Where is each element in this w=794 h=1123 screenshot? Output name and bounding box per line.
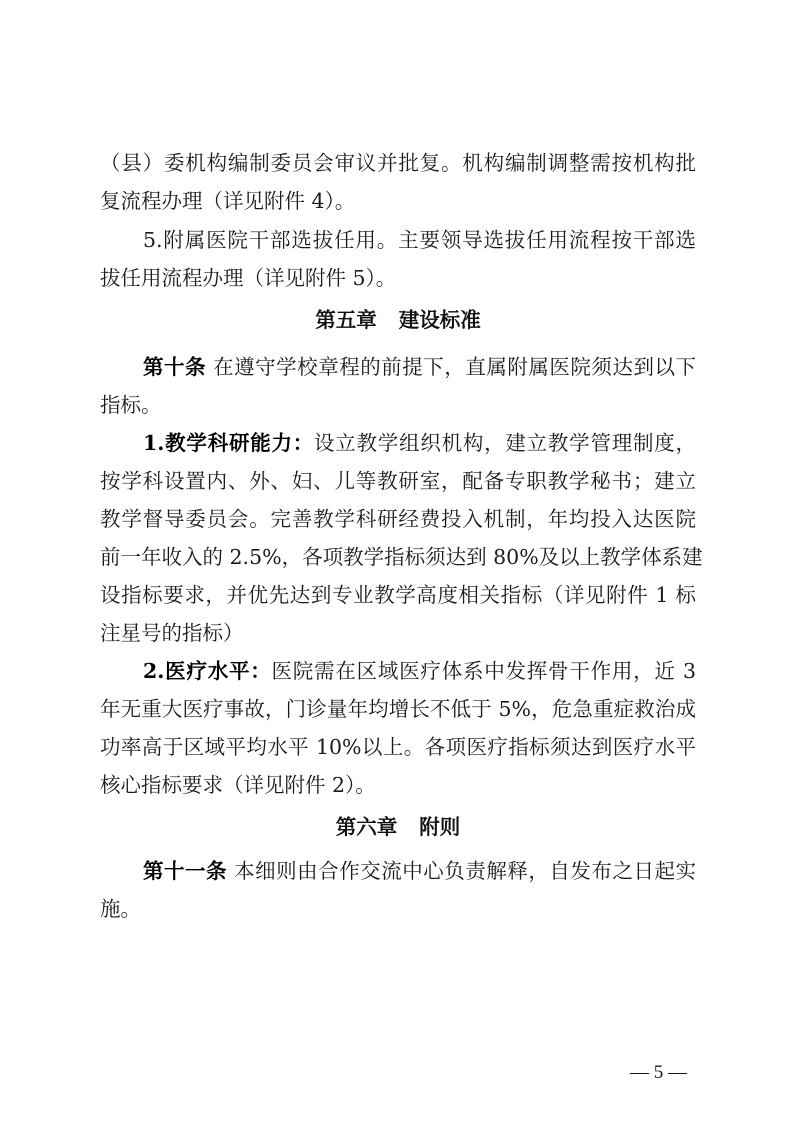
item-label: 2.医疗水平： bbox=[143, 659, 272, 683]
paragraph-line: 前一年收入的 2.5%，各项教学指标须达到 80%及以上教学体系建 bbox=[100, 538, 696, 576]
item-2-line: 2.医疗水平：医院需在区域医疗体系中发挥骨干作用，近 3 bbox=[143, 652, 696, 690]
article-11-line: 第十一条 本细则由合作交流中心负责解释，自发布之日起实 bbox=[143, 852, 696, 890]
chapter-6-heading: 第六章附则 bbox=[100, 808, 696, 846]
item-1-line: 1.教学科研能力：设立教学组织机构，建立教学管理制度， bbox=[143, 424, 696, 462]
paragraph-line: 教学督导委员会。完善教学科研经费投入机制，年均投入达医院 bbox=[100, 500, 696, 538]
paragraph-line: 拔任用流程办理（详见附件 5）。 bbox=[100, 259, 696, 297]
paragraph-line: 设指标要求，并优先达到专业教学高度相关指标（详见附件 1 标 bbox=[100, 576, 696, 614]
chapter-title: 建设标准 bbox=[399, 308, 481, 332]
paragraph-line: 核心指标要求（详见附件 2）。 bbox=[100, 766, 696, 804]
document-page: （县）委机构编制委员会审议并批复。机构编制调整需按机构批 复流程办理（详见附件 … bbox=[0, 0, 794, 1123]
paragraph-line: 年无重大医疗事故，门诊量年均增长不低于 5%，危急重症救治成 bbox=[100, 690, 696, 728]
article-label: 第十一条 bbox=[143, 859, 227, 883]
article-label: 第十条 bbox=[143, 355, 206, 379]
article-text: 本细则由合作交流中心负责解释，自发布之日起实 bbox=[234, 859, 696, 883]
paragraph-line: 施。 bbox=[100, 890, 696, 928]
paragraph-line: 注星号的指标） bbox=[100, 614, 696, 652]
chapter-number: 第五章 bbox=[315, 308, 377, 332]
item-text: 设立教学组织机构，建立教学管理制度， bbox=[314, 431, 696, 455]
paragraph-line: 5.附属医院干部选拔任用。主要领导选拔任用流程按干部选 bbox=[143, 221, 696, 259]
chapter-5-heading: 第五章建设标准 bbox=[100, 301, 696, 339]
chapter-number: 第六章 bbox=[336, 815, 398, 839]
article-10-line: 第十条 在遵守学校章程的前提下，直属附属医院须达到以下 bbox=[143, 348, 696, 386]
paragraph-line: （县）委机构编制委员会审议并批复。机构编制调整需按机构批 bbox=[100, 144, 696, 182]
article-text: 在遵守学校章程的前提下，直属附属医院须达到以下 bbox=[213, 355, 696, 379]
chapter-title: 附则 bbox=[419, 815, 460, 839]
paragraph-line: 复流程办理（详见附件 4）。 bbox=[100, 182, 696, 220]
paragraph-line: 按学科设置内、外、妇、儿等教研室，配备专职教学秘书；建立 bbox=[100, 462, 696, 500]
paragraph-line: 功率高于区域平均水平 10%以上。各项医疗指标须达到医疗水平 bbox=[100, 728, 696, 766]
paragraph-line: 指标。 bbox=[100, 386, 696, 424]
item-label: 1.教学科研能力： bbox=[143, 431, 314, 455]
item-text: 医院需在区域医疗体系中发挥骨干作用，近 3 bbox=[272, 659, 696, 683]
page-number: — 5 — bbox=[630, 1058, 687, 1088]
